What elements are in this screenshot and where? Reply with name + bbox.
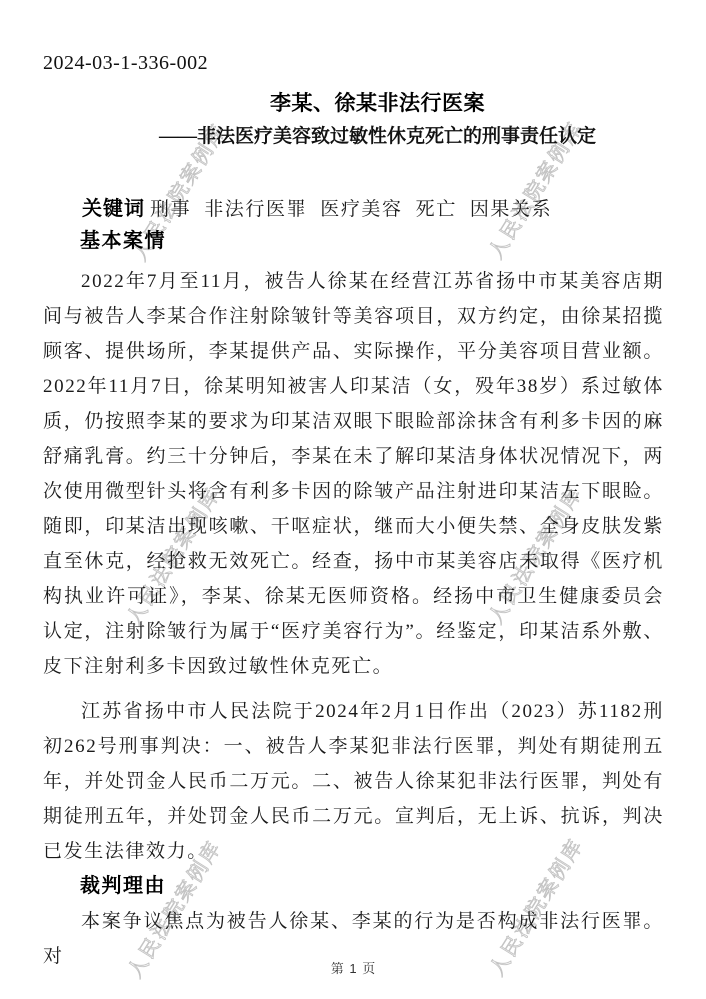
section-heading-basic-facts: 基本案情 <box>80 224 166 259</box>
keyword-item: 刑事 <box>150 199 191 220</box>
body-text: 2022年7月至11月，被告人徐某在经营江苏省扬中市某美容店期间与被告人李某合作… <box>43 264 664 974</box>
keyword-item: 因果关系 <box>470 199 552 220</box>
case-title: 李某、徐某非法行医案 <box>91 87 664 117</box>
keyword-item: 非法行医罪 <box>204 199 307 220</box>
paragraph-facts-1: 2022年7月至11月，被告人徐某在经营江苏省扬中市某美容店期间与被告人李某合作… <box>43 264 664 684</box>
document-page: { "page": { "doc_number": "2024-03-1-336… <box>0 0 706 999</box>
keywords-line: 关键词刑事非法行医罪医疗美容死亡因果关系 <box>82 192 664 221</box>
keyword-item: 死亡 <box>416 199 457 220</box>
keywords-label: 关键词 <box>82 198 145 220</box>
case-subtitle: ——非法医疗美容致过敏性休克死亡的刑事责任认定 <box>91 121 664 148</box>
keyword-item: 医疗美容 <box>320 199 402 220</box>
paragraph-judgment: 江苏省扬中市人民法院于2024年2月1日作出（2023）苏1182刑初262号刑… <box>43 694 664 869</box>
section-heading-reasoning: 裁判理由 <box>80 869 664 904</box>
page-number: 第 1 页 <box>43 958 664 977</box>
case-document-number: 2024-03-1-336-002 <box>43 52 208 75</box>
